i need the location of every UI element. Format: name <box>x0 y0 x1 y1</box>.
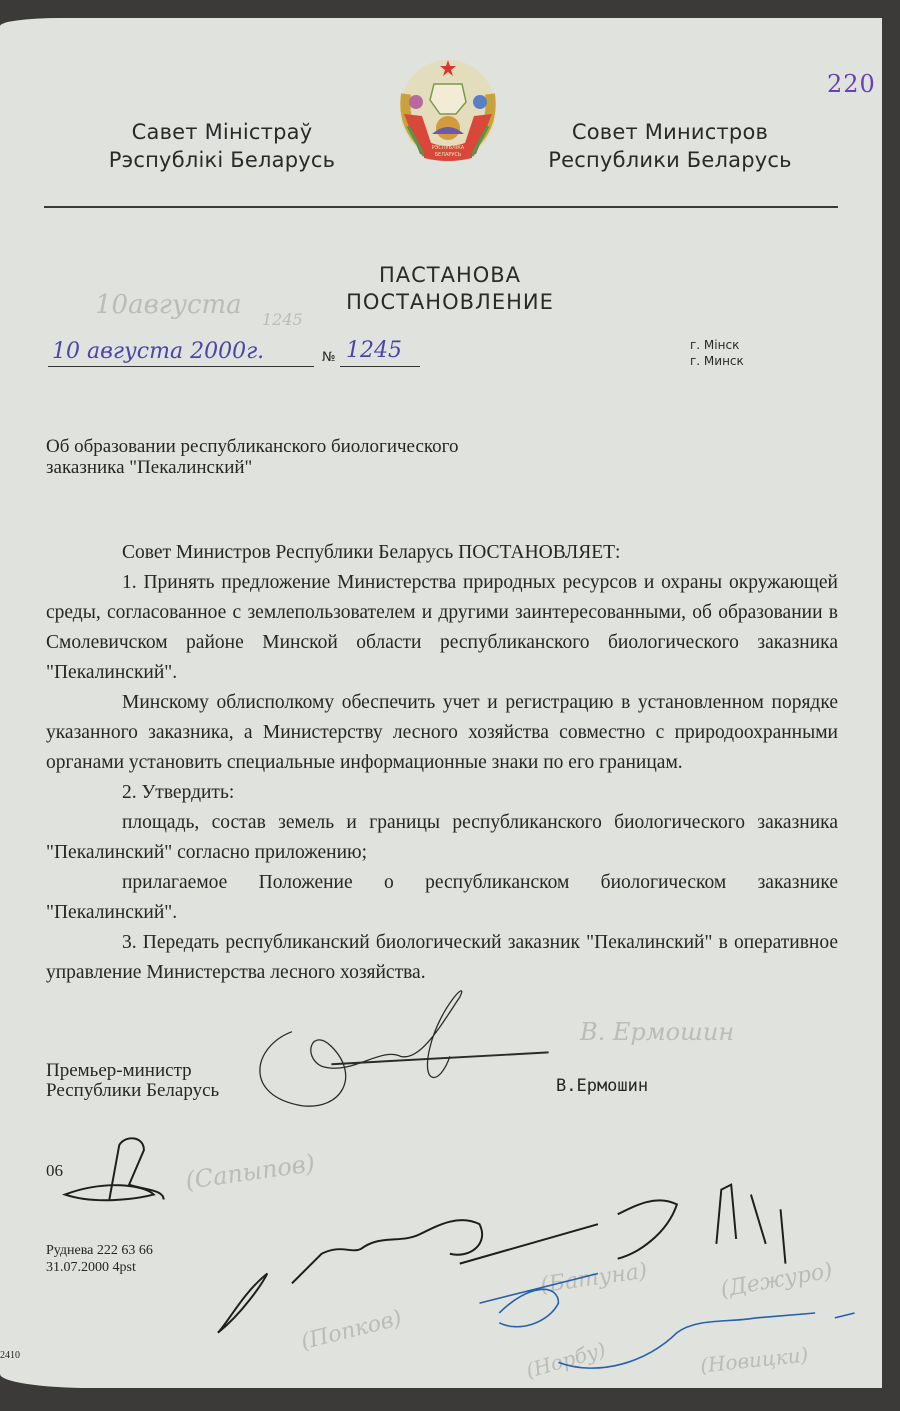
signatures-overlay <box>0 18 882 1388</box>
visa-signature-1-icon <box>65 1138 164 1200</box>
visa-signature-5-icon <box>479 1274 854 1369</box>
document-page: 220 Савет Міністраў Рэспублікі Беларусь … <box>0 18 882 1388</box>
premier-signature-icon <box>260 991 549 1106</box>
visa-signature-2-icon <box>218 1220 482 1333</box>
visa-signature-3-icon <box>460 1200 677 1263</box>
visa-signature-4-icon <box>716 1185 785 1264</box>
